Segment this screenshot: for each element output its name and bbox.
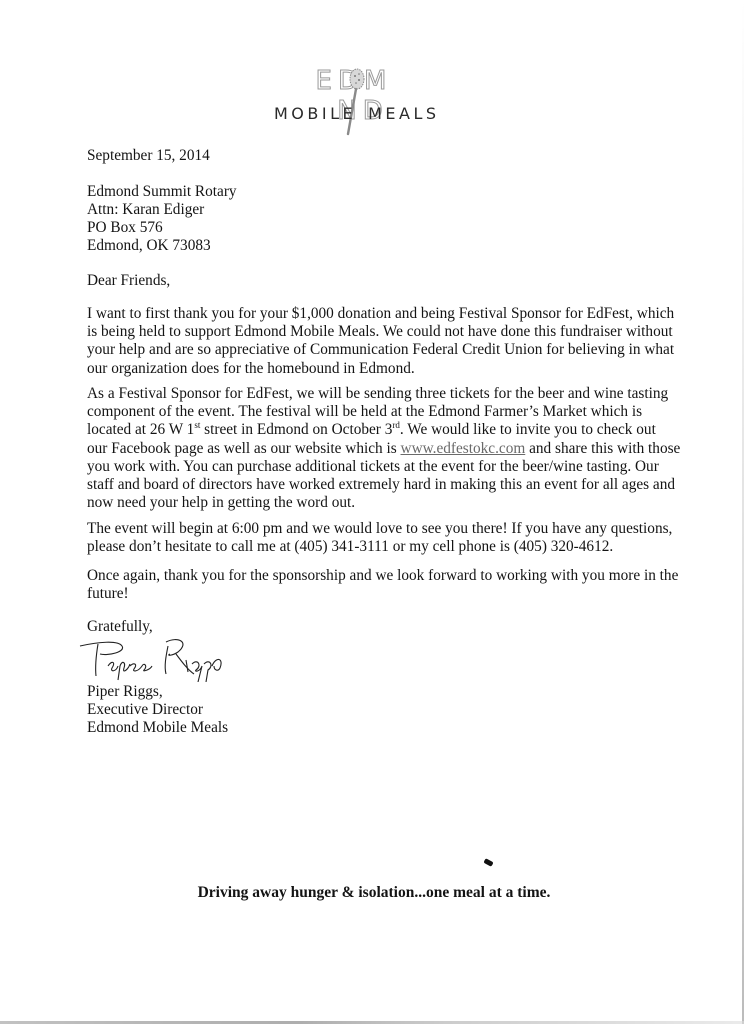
- paragraph-line: component of the event. The festival wil…: [87, 403, 667, 421]
- website-link[interactable]: www.edfestokc.com: [401, 440, 526, 457]
- website-intro-text: our Facebook page as well as our website…: [87, 440, 401, 457]
- logo-wordmark-mobile-meals: MOBILEMEALS: [274, 104, 449, 124]
- address-text: located at 26 W 1: [87, 421, 194, 438]
- paragraph-thank-you: I want to first thank you for your $1,00…: [87, 305, 667, 378]
- paragraph-line: Once again, thank you for the sponsorshi…: [87, 567, 667, 585]
- scan-artifact: [483, 858, 493, 867]
- paragraph-line: I want to first thank you for your $1,00…: [87, 305, 667, 323]
- letterhead-logo: EDMND MOBILEMEALS: [270, 66, 450, 138]
- signer-organization: Edmond Mobile Meals: [87, 719, 228, 737]
- share-text: and share this with those: [525, 440, 680, 457]
- paragraph-contact: The event will begin at 6:00 pm and we w…: [87, 520, 667, 556]
- logo-meals: MEALS: [368, 104, 439, 123]
- footer-tagline: Driving away hunger & isolation...one me…: [0, 884, 744, 902]
- paragraph-line: you work with. You can purchase addition…: [87, 458, 667, 476]
- paragraph-line: future!: [87, 585, 667, 603]
- date-text: street in Edmond on October 3: [200, 421, 392, 438]
- paragraph-line: As a Festival Sponsor for EdFest, we wil…: [87, 385, 667, 403]
- invite-text: . We would like to invite you to check o…: [400, 421, 656, 438]
- paragraph-line: located at 26 W 1st street in Edmond on …: [87, 421, 667, 439]
- paragraph-line: your help and are so appreciative of Com…: [87, 341, 667, 359]
- signer-title: Executive Director: [87, 701, 203, 719]
- ordinal-suffix: rd: [392, 420, 400, 430]
- logo-mobile: MOBILE: [274, 104, 356, 123]
- paragraph-line: staff and board of directors have worked…: [87, 476, 667, 494]
- paragraph-line: our Facebook page as well as our website…: [87, 440, 667, 458]
- paragraph-line: The event will begin at 6:00 pm and we w…: [87, 520, 667, 538]
- signer-name: Piper Riggs,: [87, 683, 163, 701]
- spoon-icon: [344, 68, 368, 136]
- recipient-address-line1: PO Box 576: [87, 219, 163, 237]
- letter-date: September 15, 2014: [87, 147, 210, 165]
- recipient-address-line2: Edmond, OK 73083: [87, 237, 211, 255]
- letter-page: EDMND MOBILEMEALS September 15, 2014 Edm…: [0, 0, 744, 1024]
- recipient-name: Edmond Summit Rotary: [87, 183, 237, 201]
- paragraph-line: is being held to support Edmond Mobile M…: [87, 323, 667, 341]
- paragraph-line: please don’t hesitate to call me at (405…: [87, 538, 667, 556]
- handwritten-signature: [78, 636, 228, 682]
- paragraph-closing-thanks: Once again, thank you for the sponsorshi…: [87, 567, 667, 603]
- paragraph-line: our organization does for the homebound …: [87, 360, 667, 378]
- paragraph-line: now need your help in getting the word o…: [87, 494, 667, 512]
- closing: Gratefully,: [87, 618, 153, 636]
- salutation: Dear Friends,: [87, 272, 170, 290]
- recipient-attn: Attn: Karan Ediger: [87, 201, 204, 219]
- paragraph-event-details: As a Festival Sponsor for EdFest, we wil…: [87, 385, 667, 512]
